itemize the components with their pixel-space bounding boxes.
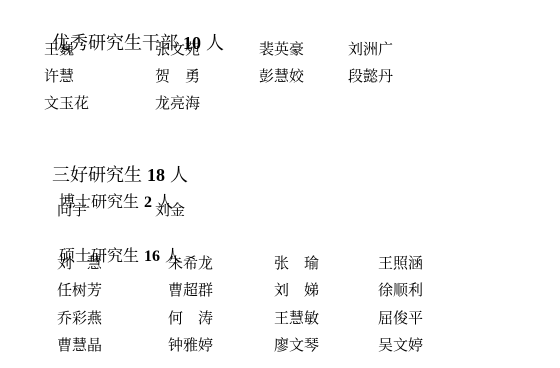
student-name: 刘 慧 (57, 255, 168, 274)
student-name: 贺 勇 (155, 68, 259, 87)
student-name: 龙亮海 (155, 95, 259, 114)
student-name: 张 瑜 (274, 255, 378, 274)
student-name: 乔彩燕 (57, 310, 168, 329)
student-name: 刘 娣 (274, 282, 378, 301)
masters-row: 任树芳 曹超群 刘 娣 徐顺利 (57, 282, 423, 301)
student-name: 曹超群 (168, 282, 274, 301)
student-name: 许慧 (44, 68, 155, 87)
student-name: 徐顺利 (378, 282, 423, 301)
student-name: 朱希龙 (168, 255, 274, 274)
student-name: 张文苑 (155, 41, 259, 60)
student-name: 彭慧姣 (259, 68, 348, 87)
student-name: 刘洲广 (348, 41, 393, 60)
masters-row: 乔彩燕 何 涛 王慧敏 屈俊平 (57, 310, 423, 329)
student-name: 文玉花 (44, 95, 155, 114)
student-name: 王慧敏 (274, 310, 378, 329)
student-name: 曹慧晶 (57, 337, 168, 356)
student-name: 段懿丹 (348, 68, 393, 87)
phd-row: 向宇 刘金 (57, 202, 185, 221)
student-name: 廖文琴 (274, 337, 378, 356)
masters-row: 曹慧晶 钟雅婷 廖文琴 吴文婷 (57, 337, 423, 356)
section1-row: 文玉花 龙亮海 (44, 95, 259, 114)
student-name: 裴英豪 (259, 41, 348, 60)
student-name: 屈俊平 (378, 310, 423, 329)
student-name: 王巍 (44, 41, 155, 60)
student-name: 任树芳 (57, 282, 168, 301)
document-page: 优秀研究生干部10人 王巍 张文苑 裴英豪 刘洲广 许慧 贺 勇 彭慧姣 段懿丹… (0, 0, 560, 368)
section1-row: 许慧 贺 勇 彭慧姣 段懿丹 (44, 68, 393, 87)
student-name: 何 涛 (168, 310, 274, 329)
student-name: 刘金 (155, 202, 185, 221)
masters-row: 刘 慧 朱希龙 张 瑜 王照涵 (57, 255, 423, 274)
student-name: 钟雅婷 (168, 337, 274, 356)
student-name: 王照涵 (378, 255, 423, 274)
student-name: 向宇 (57, 202, 155, 221)
student-name: 吴文婷 (378, 337, 423, 356)
section1-row: 王巍 张文苑 裴英豪 刘洲广 (44, 41, 393, 60)
